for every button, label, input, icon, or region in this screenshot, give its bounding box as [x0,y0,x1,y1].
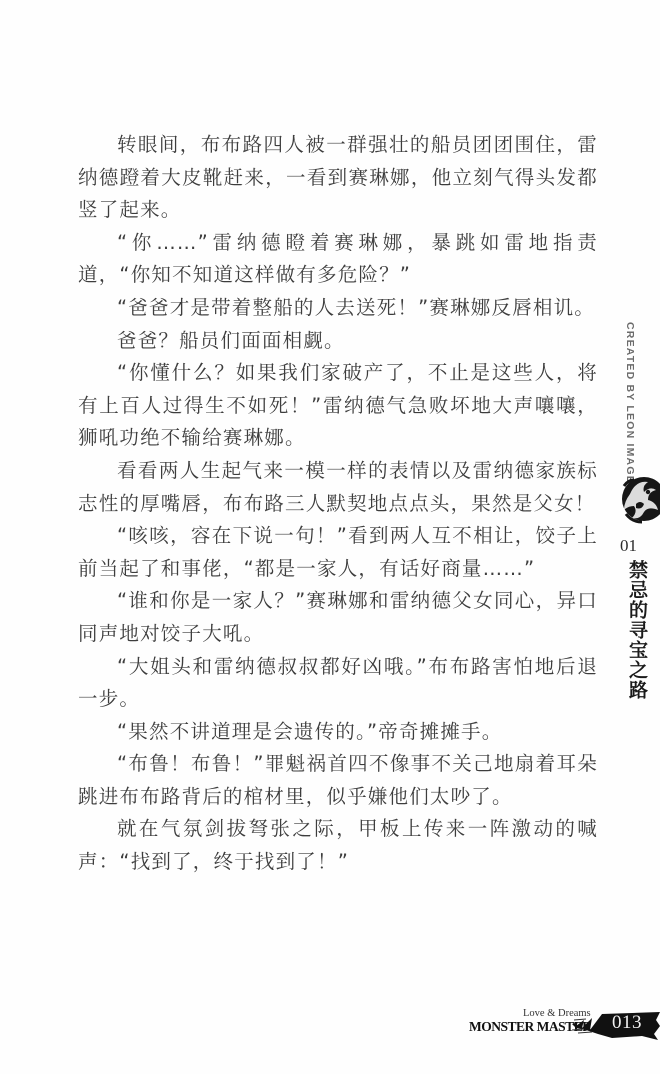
body-text: 转眼间，布布路四人被一群强壮的船员团团围住，雷纳德蹬着大皮靴赶来，一看到赛琳娜，… [78,129,598,879]
book-page: 转眼间，布布路四人被一群强壮的船员团团围住，雷纳德蹬着大皮靴赶来，一看到赛琳娜，… [0,0,660,1074]
paragraph: “你……”雷纳德瞪着赛琳娜，暴跳如雷地指责道，“你知不知道这样做有多危险？” [78,227,598,292]
chapter-number: 01 [620,536,637,556]
paragraph: “咳咳，容在下说一句！”看到两人互不相让，饺子上前当起了和事佬，“都是一家人，有… [78,520,598,585]
dragon-emblem-icon [618,464,660,534]
paragraph: “你懂什么？如果我们家破产了，不止是这些人，将有上百人过得生不如死！”雷纳德气急… [78,357,598,455]
paragraph: 看看两人生起气来一模一样的表情以及雷纳德家族标志性的厚嘴唇，布布路三人默契地点点… [78,455,598,520]
paragraph: 爸爸？船员们面面相觑。 [78,325,598,358]
page-number: 013 [612,1012,642,1034]
paragraph: “大姐头和雷纳德叔叔都好凶哦。”布布路害怕地后退一步。 [78,651,598,716]
paragraph: “果然不讲道理是会遗传的。”帝奇摊摊手。 [78,716,598,749]
paragraph: 转眼间，布布路四人被一群强壮的船员团团围住，雷纳德蹬着大皮靴赶来，一看到赛琳娜，… [78,129,598,227]
paragraph: “布鲁！布鲁！”罪魁祸首四不像事不关己地扇着耳朵跳进布布路背后的棺材里，似乎嫌他… [78,748,598,813]
page-footer: Love & Dreams MONSTER MASTER 013 [460,1008,660,1044]
paragraph: “爸爸才是带着整船的人去送死！”赛琳娜反唇相讥。 [78,292,598,325]
credit-text: CREATED BY LEON IMAGE [624,322,636,484]
chapter-title: 禁忌的寻宝之路 [624,560,651,700]
chapter-side-strip: CREATED BY LEON IMAGE 01 禁忌的寻宝之路 [614,318,660,718]
paragraph: “谁和你是一家人？”赛琳娜和雷纳德父女同心，异口同声地对饺子大吼。 [78,585,598,650]
paragraph: 就在气氛剑拔弩张之际，甲板上传来一阵激动的喊声：“找到了，终于找到了！” [78,813,598,878]
